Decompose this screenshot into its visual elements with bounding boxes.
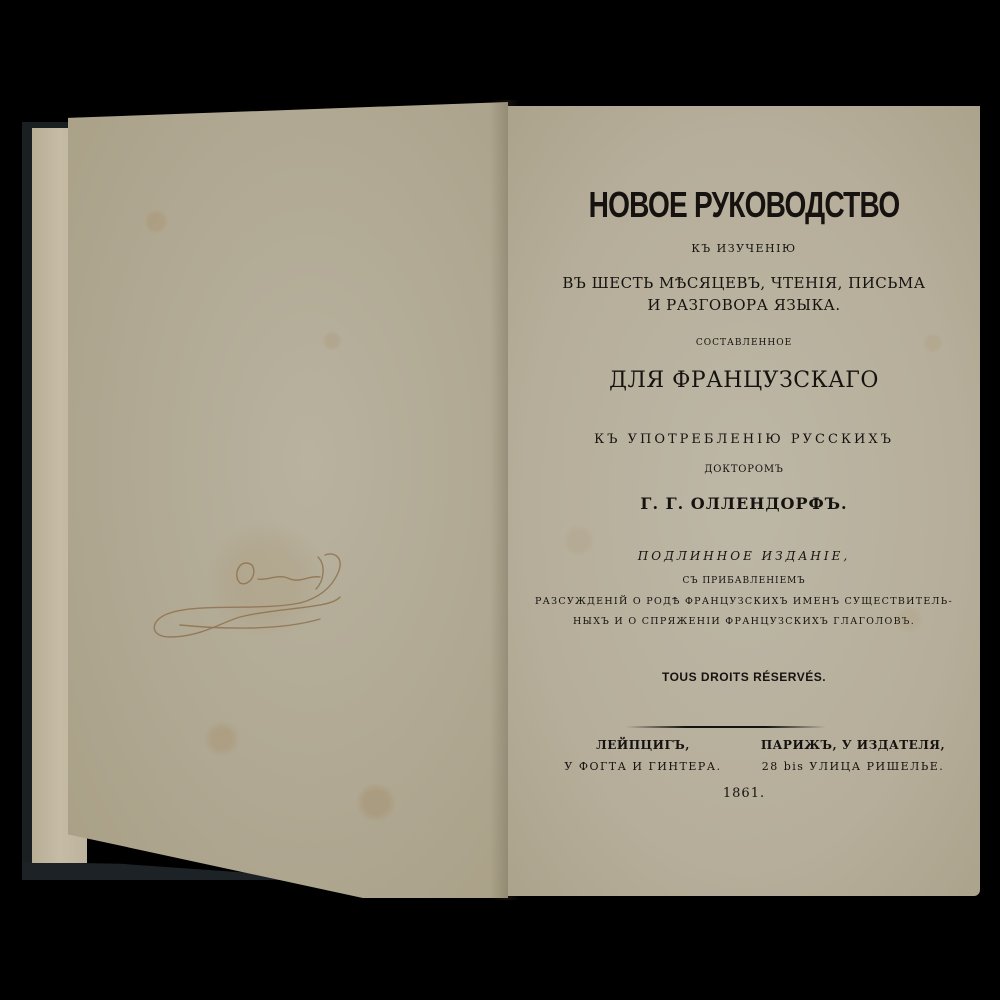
- author-name: Г. Г. ОЛЛЕНДОРФЪ.: [508, 494, 980, 513]
- edition-label: ПОДЛИННОЕ ИЗДАНІЕ,: [508, 549, 980, 563]
- description-line-2: НЫХЪ И О СПРЯЖЕНІИ ФРАНЦУЗСКИХЪ ГЛАГОЛОВ…: [508, 616, 980, 627]
- publisher-address: 28 bis УЛИЦА РИШЕЛЬЕ.: [738, 760, 968, 773]
- publication-year: 1861.: [508, 786, 980, 801]
- book-title: НОВОЕ РУКОВОДСТВО: [560, 184, 928, 226]
- subtitle-line-a: ВЪ ШЕСТЬ МѢСЯЦЕВЪ, ЧТЕНІЯ, ПИСЬМА: [508, 274, 980, 292]
- divider-rule: [626, 726, 826, 728]
- publisher-city: ЛЕЙПЦИГЪ,: [548, 738, 738, 760]
- compiled-label: СОСТАВЛЕННОЕ: [508, 338, 980, 348]
- publisher-city: ПАРИЖЪ, У ИЗДАТЕЛЯ,: [738, 738, 968, 760]
- description-line-1: РАЗСУЖДЕНІЙ О РОДѢ ФРАНЦУЗСКИХЪ ИМЕНЪ СУ…: [508, 596, 980, 607]
- subtitle-study: КЪ ИЗУЧЕНІЮ: [508, 242, 980, 255]
- with-label: СЪ ПРИБАВЛЕНІЕМЪ: [508, 576, 980, 586]
- usage-line: КЪ УПОТРЕБЛЕНІЮ РУССКИХЪ: [508, 432, 980, 447]
- publisher-address: У ФОГТА И ГИНТЕРА.: [548, 760, 738, 773]
- signature-icon: Ollendorff: [140, 545, 360, 645]
- title-page: НОВОЕ РУКОВОДСТВО КЪ ИЗУЧЕНІЮ ВЪ ШЕСТЬ М…: [508, 106, 980, 896]
- subtitle-line-b: И РАЗГОВОРА ЯЗЫКА.: [508, 296, 980, 314]
- rights-notice: TOUS DROITS RÉSERVÉS.: [508, 670, 980, 684]
- publisher-paris: ПАРИЖЪ, У ИЗДАТЕЛЯ, 28 bis УЛИЦА РИШЕЛЬЕ…: [738, 738, 968, 773]
- by-label: ДОКТОРОМЪ: [508, 464, 980, 475]
- language-heading: ДЛЯ ФРАНЦУЗСКАГО: [508, 368, 980, 393]
- left-page: [68, 102, 508, 898]
- publisher-leipzig: ЛЕЙПЦИГЪ, У ФОГТА И ГИНТЕРА.: [548, 738, 738, 773]
